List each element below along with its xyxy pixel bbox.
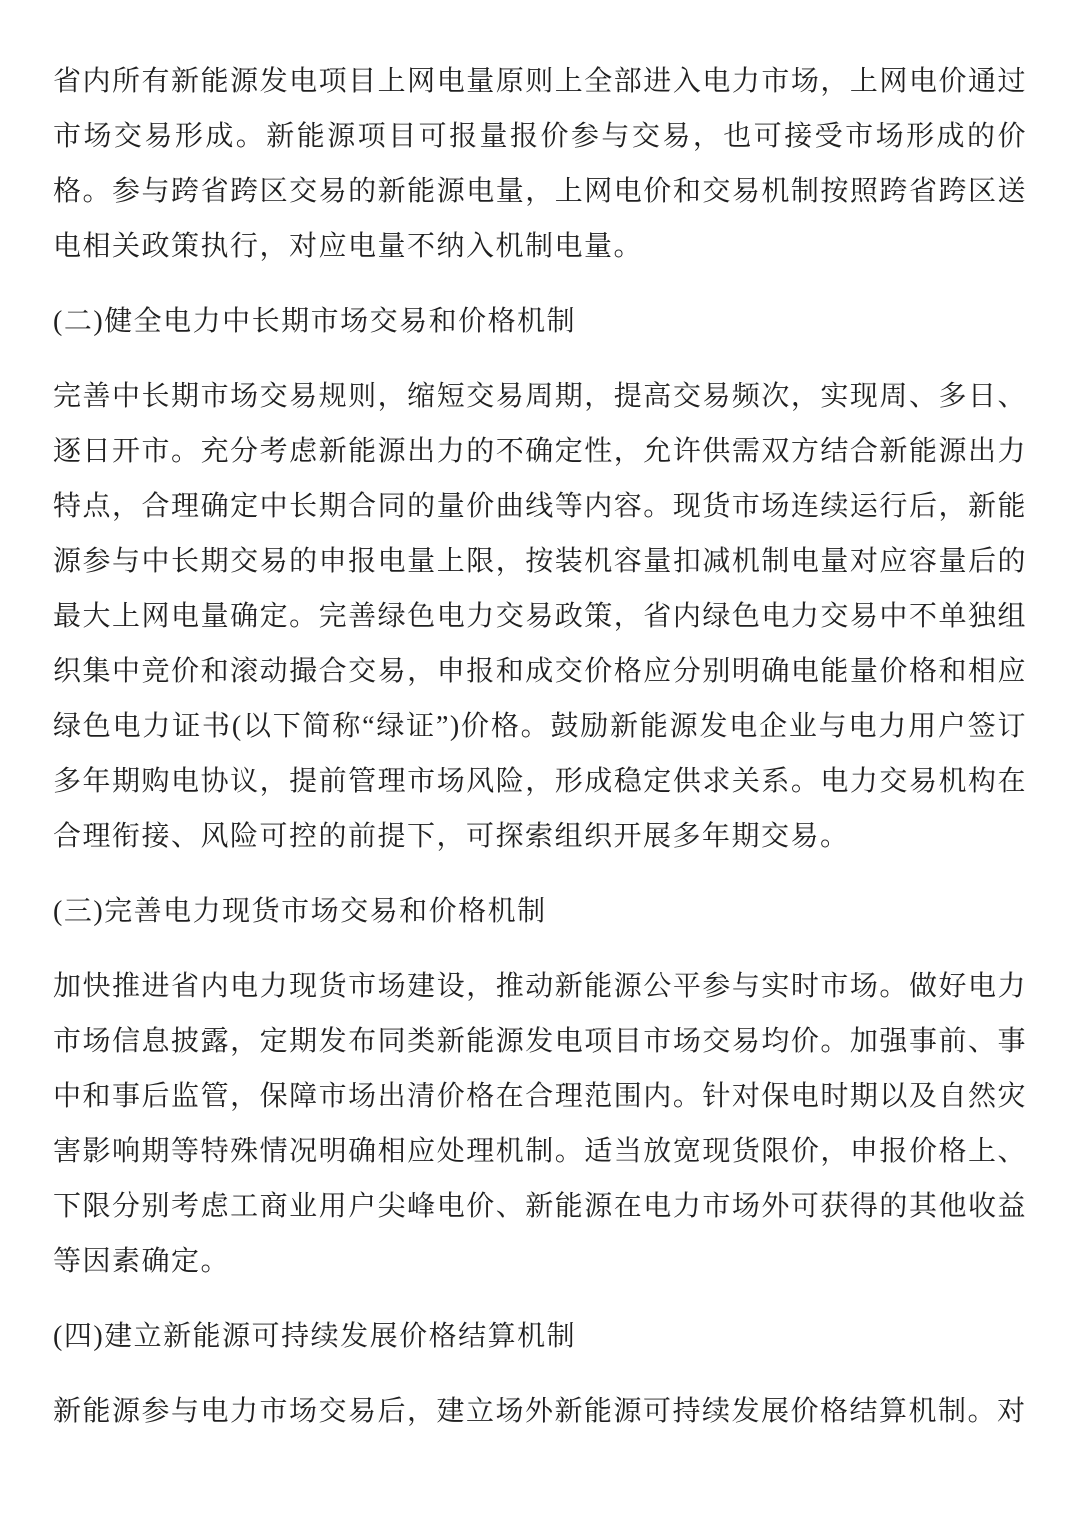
paragraph-grid-power-market-entry: 省内所有新能源发电项目上网电量原则上全部进入电力市场，上网电价通过市场交易形成。… (53, 54, 1027, 274)
section-heading-4-sustainable-price-settlement: (四)建立新能源可持续发展价格结算机制 (53, 1309, 1027, 1364)
document-page: 省内所有新能源发电项目上网电量原则上全部进入电力市场，上网电价通过市场交易形成。… (0, 0, 1080, 1526)
section-heading-3-spot-market: (三)完善电力现货市场交易和价格机制 (53, 884, 1027, 939)
paragraph-mid-long-term-trading-rules: 完善中长期市场交易规则，缩短交易周期，提高交易频次，实现周、多日、逐日开市。充分… (53, 369, 1027, 864)
section-heading-2-mid-long-term-market: (二)健全电力中长期市场交易和价格机制 (53, 294, 1027, 349)
paragraph-spot-market-construction: 加快推进省内电力现货市场建设，推动新能源公平参与实时市场。做好电力市场信息披露，… (53, 959, 1027, 1289)
paragraph-settlement-mechanism-intro: 新能源参与电力市场交易后，建立场外新能源可持续发展价格结算机制。对 (53, 1384, 1027, 1439)
